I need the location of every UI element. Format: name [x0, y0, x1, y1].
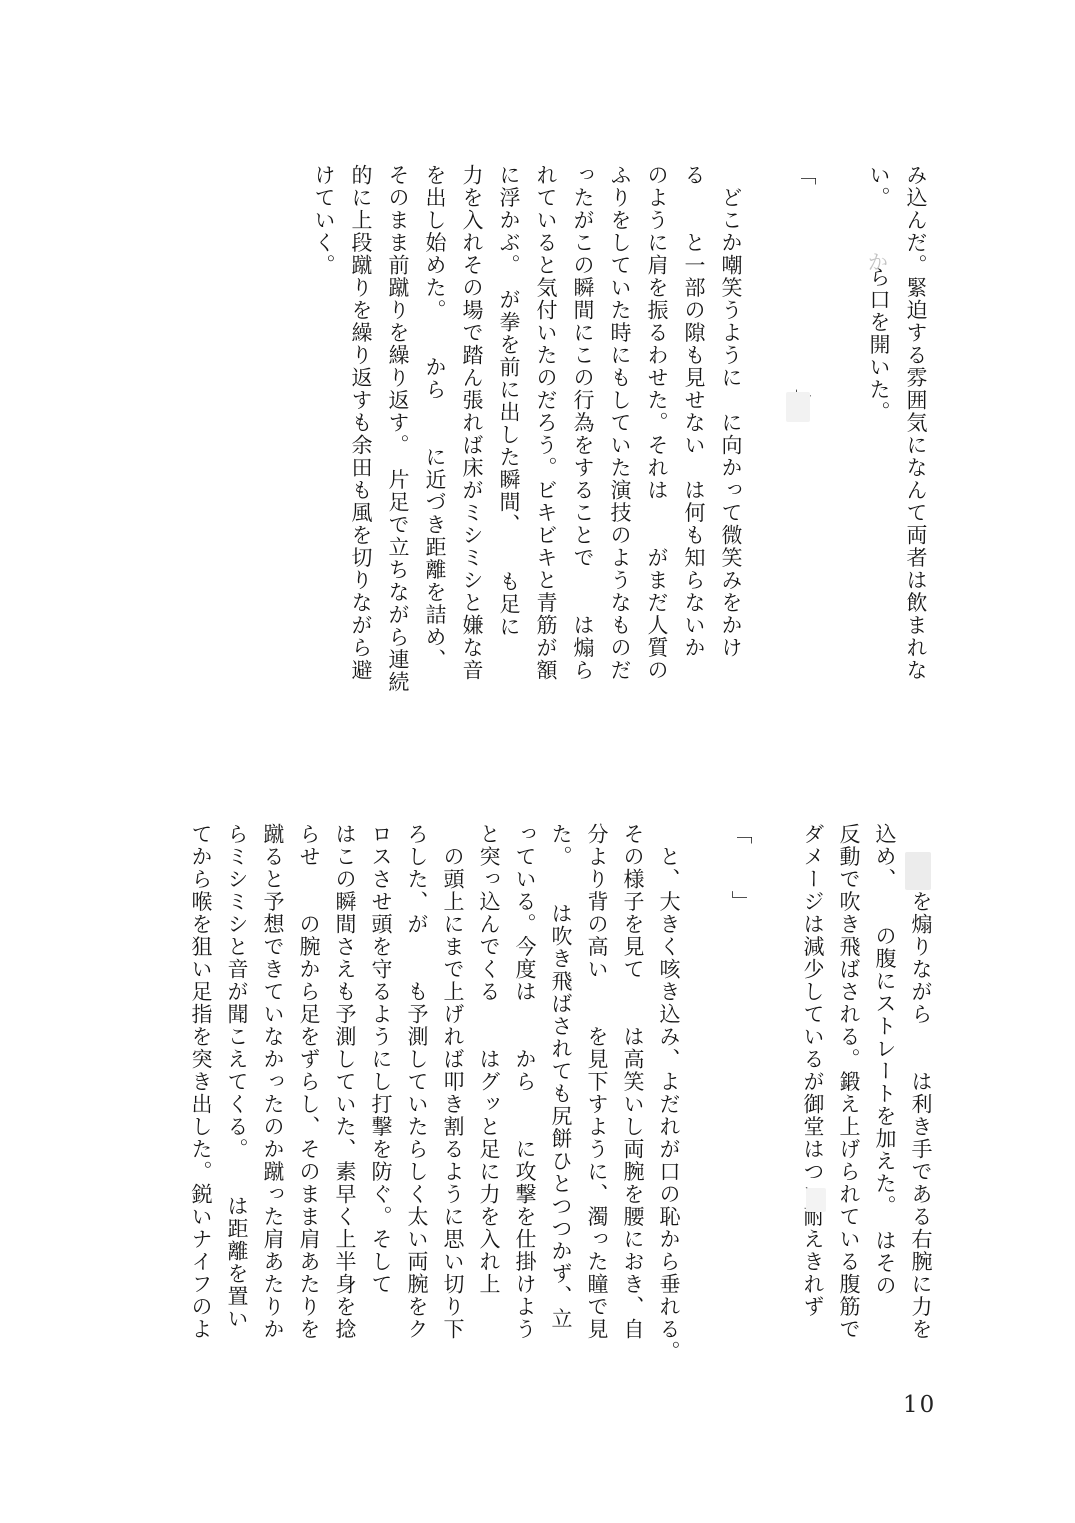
text-line: た。 は吹き飛ばされても尻餅ひとつつかず、立 — [543, 823, 579, 1383]
text-line: れていると気付いたのだろう。ビキビキと青筋が額 — [527, 164, 564, 720]
text-line: 力を入れその場で踏ん張れば床がミシミシと嫌な音 — [453, 164, 490, 720]
text-line: ふりをしていた時にもしていた演技のようなものだ — [601, 164, 638, 720]
erasure-mark — [786, 392, 810, 422]
text-block-bottom: を煽りながら は利き手である右腕に力を込め、 の腹にストレートを加えた。 はその… — [183, 823, 939, 1383]
text-line: ロスさせ頭を守るようにし打撃を防ぐ。そして — [363, 823, 399, 1383]
text-line: ダメージは減少しているが御堂はつい耐えきれず — [795, 823, 831, 1383]
erasure-mark — [806, 1188, 826, 1212]
text-line — [823, 164, 860, 720]
text-line: どこか嘲笑うように に向かって微笑みをかけ — [712, 164, 749, 720]
text-line — [749, 164, 786, 720]
text-line: 「 」 — [723, 823, 759, 1383]
text-line: る と一部の隙も見せない は何も知らないか — [675, 164, 712, 720]
text-line: はこの瞬間さえも予測していた、素早く上半身を捻 — [327, 823, 363, 1383]
text-line: そのまま前蹴りを繰り返す。 片足で立ちながら連続 — [379, 164, 416, 720]
text-line: 反動で吹き飛ばされる。鍛え上げられている腹筋で — [831, 823, 867, 1383]
text-line: 的に上段蹴りを繰り返すも余田も風を切りながら避 — [342, 164, 379, 720]
text-line: を出し始めた。 から に近づき距離を詰め、 — [416, 164, 453, 720]
text-line: い。 ら口を開いた。 — [860, 164, 897, 720]
text-line: らせ の腕から足をずらし、そのまま肩あたりを — [291, 823, 327, 1383]
text-line — [759, 823, 795, 1383]
text-line: の頭上にまで上げれば叩き割るように思い切り下 — [435, 823, 471, 1383]
text-line: ったがこの瞬間にこの行為をすることで は煽ら — [564, 164, 601, 720]
text-line: てから喉を狙い足指を突き出した。鋭いナイフのよ — [183, 823, 219, 1383]
text-line: と突っ込んでくる はグッと足に力を入れ上 — [471, 823, 507, 1383]
text-line: み込んだ。緊迫する雰囲気になんて両者は飲まれな — [897, 164, 934, 720]
text-line: と、大きく咳き込み、よだれが口の恥から垂れる。 — [651, 823, 687, 1383]
text-line: ろした、が も予測していたらしく太い両腕をク — [399, 823, 435, 1383]
text-line — [687, 823, 723, 1383]
page-number: 10 — [903, 1392, 936, 1418]
faint-erased-character: か — [862, 251, 892, 272]
text-line: 「 」 — [786, 164, 823, 720]
text-line: を煽りながら は利き手である右腕に力を — [903, 823, 939, 1383]
text-line: に浮かぶ。 が拳を前に出した瞬間、 も足に — [490, 164, 527, 720]
text-block-top: み込んだ。緊迫する雰囲気になんて両者は飲まれない。 ら口を開いた。 「 」 どこ… — [305, 164, 934, 720]
text-line: 込め、 の腹にストレートを加えた。 はその — [867, 823, 903, 1383]
erasure-mark — [905, 852, 931, 890]
text-line: らミシミシと音が聞こえてくる。 は距離を置い — [219, 823, 255, 1383]
text-line: っている。今度は から に攻撃を仕掛けよう — [507, 823, 543, 1383]
text-line: のように肩を振るわせた。それは がまだ人質の — [638, 164, 675, 720]
text-line: けていく。 — [305, 164, 342, 720]
text-line: 分より背の高い を見下すように、濁った瞳で見 — [579, 823, 615, 1383]
text-line: 蹴ると予想できていなかったのか蹴った肩あたりか — [255, 823, 291, 1383]
text-line: その様子を見て は高笑いし両腕を腰におき、自 — [615, 823, 651, 1383]
